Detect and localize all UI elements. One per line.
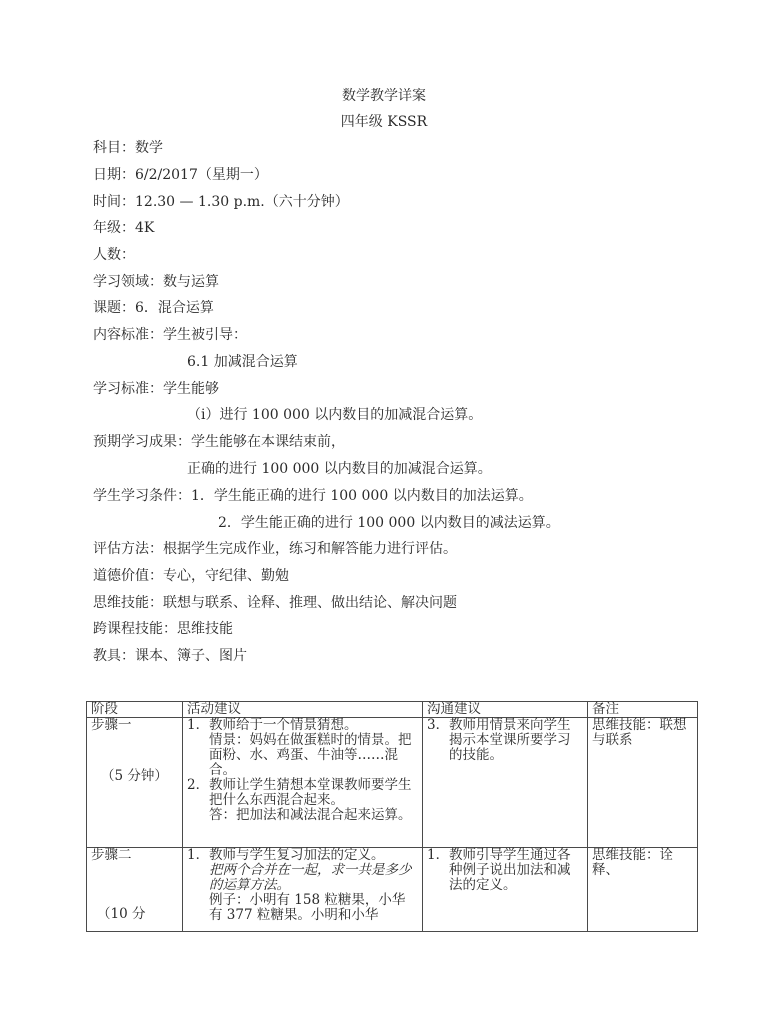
- assessment-line: 评估方法：根据学生完成作业，练习和解答能力进行评估。: [93, 540, 457, 558]
- stage-duration: （5 分钟）: [91, 769, 178, 784]
- activity-item: 2． 教师让学生猜想本堂课教师要学生把什么东西混合起来。 答：把加法和减法混合起…: [187, 778, 418, 823]
- notes-cell: 思维技能：诠释、: [588, 848, 698, 932]
- activities-cell: 1． 教师给于一个情景猜想。 情景：妈妈在做蛋糕时的情景。把面粉、水、鸡蛋、牛油…: [183, 718, 423, 848]
- conditions-line: 学生学习条件：1．学生能正确的进行 100 000 以内数目的加法运算。: [93, 487, 533, 505]
- header-communication: 沟通建议: [423, 702, 588, 718]
- time-line: 时间：12.30 — 1.30 p.m.（六十分钟）: [93, 193, 349, 211]
- subject-line: 科目：数学: [93, 139, 163, 157]
- table-row: 步骤二 （10 分 1． 教师与学生复习加法的定义。 把两个合并在一起，求一共是…: [87, 848, 698, 932]
- grade-line: 年级：4K: [93, 219, 154, 237]
- stage-label: 步骤二: [91, 848, 178, 863]
- activity-item: 1． 教师给于一个情景猜想。 情景：妈妈在做蛋糕时的情景。把面粉、水、鸡蛋、牛油…: [187, 718, 418, 778]
- stage-cell: 步骤一 （5 分钟）: [87, 718, 183, 848]
- expected-outcome-line: 预期学习成果：学生能够在本课结束前，: [93, 433, 345, 451]
- stage-cell: 步骤二 （10 分: [87, 848, 183, 932]
- stage-duration: （10 分: [91, 907, 178, 922]
- communication-cell: 1． 教师引导学生通过各种例子说出加法和减法的定义。: [423, 848, 588, 932]
- expected-outcome-item: 正确的进行 100 000 以内数目的加减混合运算。: [187, 460, 492, 478]
- document-title: 数学教学详案: [0, 87, 768, 105]
- teaching-aids-line: 教具：课本、簿子、图片: [93, 647, 247, 665]
- moral-values-line: 道德价值：专心，守纪律、勤勉: [93, 567, 289, 585]
- table-row: 步骤一 （5 分钟） 1． 教师给于一个情景猜想。 情景：妈妈在做蛋糕时的情景。…: [87, 718, 698, 848]
- table-header-row: 阶段 活动建议 沟通建议 备注: [87, 702, 698, 718]
- activity-item: 1． 教师与学生复习加法的定义。 把两个合并在一起，求一共是多少的运算方法。 例…: [187, 848, 418, 923]
- stage-label: 步骤一: [91, 718, 178, 733]
- lesson-plan-table: 阶段 活动建议 沟通建议 备注 步骤一 （5 分钟） 1． 教师给于一个情景猜想…: [86, 701, 698, 932]
- communication-cell: 3． 教师用情景来向学生揭示本堂课所要学习的技能。: [423, 718, 588, 848]
- learning-standard-item: （i）进行 100 000 以内数目的加减混合运算。: [187, 406, 482, 424]
- learning-area-line: 学习领域：数与运算: [93, 273, 219, 291]
- header-notes: 备注: [588, 702, 698, 718]
- content-standard-item: 6.1 加减混合运算: [187, 353, 298, 371]
- topic-line: 课题：6．混合运算: [93, 299, 214, 317]
- content-standard-line: 内容标准：学生被引导：: [93, 326, 247, 344]
- document-subtitle: 四年级 KSSR: [0, 113, 768, 131]
- learning-standard-line: 学习标准：学生能够: [93, 380, 219, 398]
- header-stage: 阶段: [87, 702, 183, 718]
- thinking-skills-line: 思维技能：联想与联系、诠释、推理、做出结论、解决问题: [93, 594, 457, 612]
- date-line: 日期：6/2/2017（星期一）: [93, 166, 268, 184]
- headcount-line: 人数：: [93, 246, 135, 264]
- conditions-item-2: 2．学生能正确的进行 100 000 以内数目的减法运算。: [218, 514, 560, 532]
- notes-cell: 思维技能：联想与联系: [588, 718, 698, 848]
- activities-cell: 1． 教师与学生复习加法的定义。 把两个合并在一起，求一共是多少的运算方法。 例…: [183, 848, 423, 932]
- cross-curricular-line: 跨课程技能：思维技能: [93, 620, 233, 638]
- header-activities: 活动建议: [183, 702, 423, 718]
